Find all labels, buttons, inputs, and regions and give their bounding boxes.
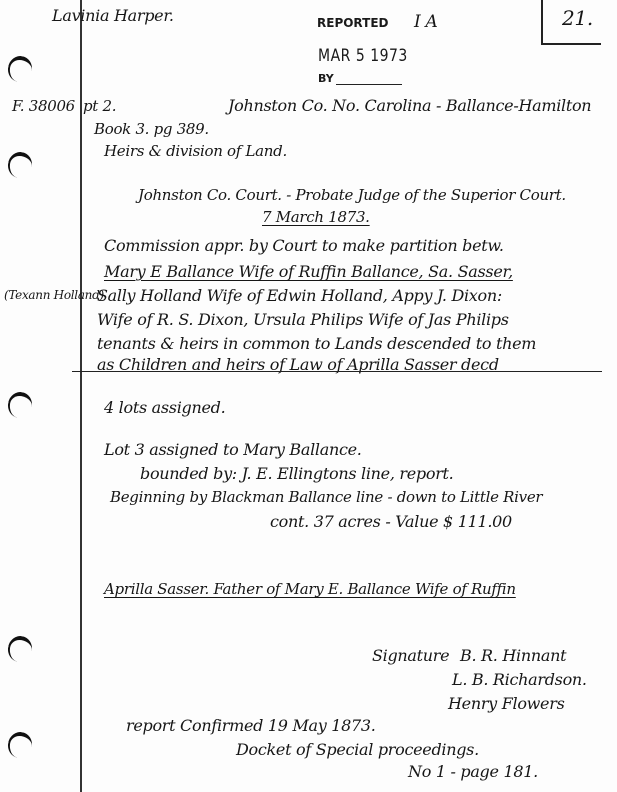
file-part: pt 2. <box>83 97 116 115</box>
relation-note: Aprilla Sasser. Father of Mary E. Ballan… <box>104 580 516 598</box>
document-title: Johnston Co. No. Carolina - Ballance-Ham… <box>228 96 591 115</box>
subject: Heirs & division of Land. <box>104 142 287 160</box>
paragraph-line: Wife of R. S. Dixon, Ursula Philips Wife… <box>97 310 509 329</box>
file-ref: F. 38006 <box>12 97 75 115</box>
binder-hole-icon <box>6 390 34 420</box>
lot-line: bounded by: J. E. Ellingtons line, repor… <box>140 464 453 483</box>
stamp-by: BY <box>318 72 334 85</box>
docket-reference: No 1 - page 181. <box>408 762 538 781</box>
court-date: 7 March 1873. <box>262 208 370 226</box>
person-name: Lavinia Harper. <box>52 6 174 25</box>
binder-hole-icon <box>6 54 34 84</box>
docket: Docket of Special proceedings. <box>236 740 479 759</box>
page-box-border <box>541 0 543 44</box>
margin-line <box>80 0 82 792</box>
signature: Henry Flowers <box>448 694 564 713</box>
margin-note: (Texann Holland) <box>4 288 104 302</box>
confirmation: report Confirmed 19 May 1873. <box>126 716 376 735</box>
paragraph-line: Sally Holland Wife of Edwin Holland, App… <box>97 286 502 305</box>
paragraph-line: Commission appr. by Court to make partit… <box>104 236 504 255</box>
signature: L. B. Richardson. <box>452 670 587 689</box>
lot-line: Lot 3 assigned to Mary Ballance. <box>104 440 362 459</box>
paragraph-line: Mary E Ballance Wife of Ruffin Ballance,… <box>104 262 513 281</box>
court: Johnston Co. Court. - Probate Judge of t… <box>138 186 566 204</box>
stamp-date: MAR 5 1973 <box>318 46 408 65</box>
book-reference: Book 3. pg 389. <box>94 120 209 138</box>
lot-line: Beginning by Blackman Ballance line - do… <box>110 488 542 506</box>
paragraph-line: tenants & heirs in common to Lands desce… <box>97 334 536 353</box>
binder-hole-icon <box>6 730 34 760</box>
binder-hole-icon <box>6 634 34 664</box>
stamp-reported: REPORTED <box>317 16 388 30</box>
lot-line: cont. 37 acres - Value $ 111.00 <box>270 512 512 531</box>
signature: B. R. Hinnant <box>460 646 566 665</box>
lots-assigned: 4 lots assigned. <box>104 398 225 417</box>
horizontal-rule <box>72 371 602 372</box>
document-page: Lavinia Harper. REPORTED I A MAR 5 1973 … <box>0 0 617 792</box>
binder-hole-icon <box>6 150 34 180</box>
stamp-initials: I A <box>414 12 438 32</box>
signature-label: Signature <box>372 646 449 665</box>
page-number: 21. <box>562 6 593 30</box>
stamp-by-line <box>336 84 402 85</box>
page-box-border <box>541 43 601 45</box>
